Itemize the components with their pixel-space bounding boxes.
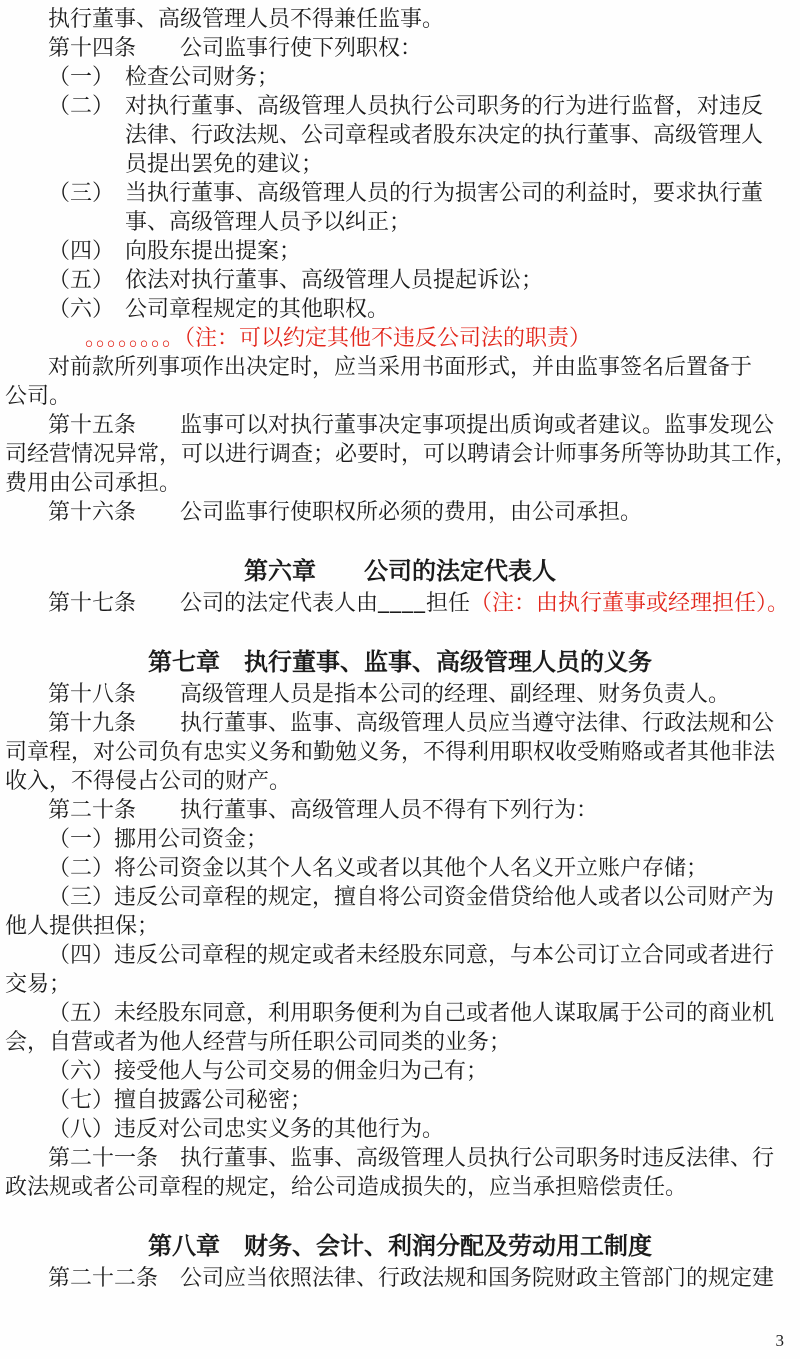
line-text: 收入，不得侵占公司的财产。 xyxy=(5,768,291,793)
line-text: （四）违反公司章程的规定或者未经股东同意，与本公司订立合同或者进行 xyxy=(48,942,774,967)
line-text: 第十六条 公司监事行使职权所必须的费用，由公司承担。 xyxy=(48,499,642,524)
line-text: （二）将公司资金以其个人名义或者以其他个人名义开立账户存储； xyxy=(48,855,708,880)
document-line: 第二十条 执行董事、高级管理人员不得有下列行为： xyxy=(5,795,795,824)
line-text: （七）擅自披露公司秘密； xyxy=(48,1087,312,1112)
document-line: 司经营情况异常，可以进行调查；必要时，可以聘请会计师事务所等协助其工作， xyxy=(5,439,795,468)
line-text: （四） 向股东提出提案； xyxy=(48,238,301,263)
document-line: 第十八条 高级管理人员是指本公司的经理、副经理、财务负责人。 xyxy=(5,679,795,708)
line-text: （一） 检查公司财务； xyxy=(48,64,279,89)
chapter-heading: 第八章 财务、会计、利润分配及劳动用工制度 xyxy=(5,1231,795,1263)
document-line: 员提出罢免的建议； xyxy=(5,149,795,178)
document-line: 第二十二条 公司应当依照法律、行政法规和国务院财政主管部门的规定建 xyxy=(5,1263,795,1292)
document-line: （三）违反公司章程的规定，擅自将公司资金借贷给他人或者以公司财产为 xyxy=(5,882,795,911)
line-text: 第八章 财务、会计、利润分配及劳动用工制度 xyxy=(148,1234,652,1260)
document-line: 执行董事、高级管理人员不得兼任监事。 xyxy=(5,4,795,33)
document-line: 会，自营或者为他人经营与所任职公司同类的业务； xyxy=(5,1027,795,1056)
line-text: 司经营情况异常，可以进行调查；必要时，可以聘请会计师事务所等协助其工作， xyxy=(5,441,797,466)
line-text: 司章程，对公司负有忠实义务和勤勉义务，不得利用职权收受贿赂或者其他非法 xyxy=(5,739,775,764)
document-line: （八）违反对公司忠实义务的其他行为。 xyxy=(5,1114,795,1143)
line-text: 交易； xyxy=(5,971,71,996)
document-body: 执行董事、高级管理人员不得兼任监事。第十四条 公司监事行使下列职权：（一） 检查… xyxy=(0,0,800,1292)
annotation-text: （注：由执行董事或经理担任）。 xyxy=(470,590,789,615)
line-text: 担任 xyxy=(426,590,470,615)
document-line: （五）未经股东同意，利用职务便利为自己或者他人谋取属于公司的商业机 xyxy=(5,998,795,1027)
line-text: （二） 对执行董事、高级管理人员执行公司职务的行为进行监督，对违反 xyxy=(48,93,763,118)
line-text: 他人提供担保； xyxy=(5,913,159,938)
line-text: 法律、行政法规、公司章程或者股东决定的执行董事、高级管理人 xyxy=(125,122,763,147)
line-text: 第十七条 公司的法定代表人由 xyxy=(48,590,378,615)
line-text: （三） 当执行董事、高级管理人员的行为损害公司的利益时，要求执行董 xyxy=(48,180,763,205)
line-text: 第二十一条 执行董事、监事、高级管理人员执行公司职务时违反法律、行 xyxy=(48,1145,774,1170)
document-line: 费用由公司承担。 xyxy=(5,468,795,497)
line-text: （五） 依法对执行董事、高级管理人员提起诉讼； xyxy=(48,267,543,292)
line-text: 第二十条 执行董事、高级管理人员不得有下列行为： xyxy=(48,797,598,822)
line-text: 第十四条 公司监事行使下列职权： xyxy=(48,35,422,60)
line-text: （八）违反对公司忠实义务的其他行为。 xyxy=(48,1116,444,1141)
document-line: （二）将公司资金以其个人名义或者以其他个人名义开立账户存储； xyxy=(5,853,795,882)
chapter-heading: 第六章 公司的法定代表人 xyxy=(5,556,795,588)
document-line: 政法规或者公司章程的规定，给公司造成损失的，应当承担赔偿责任。 xyxy=(5,1172,795,1201)
document-line: 第十五条 监事可以对执行董事决定事项提出质询或者建议。监事发现公 xyxy=(5,410,795,439)
line-text: 公司。 xyxy=(5,383,71,408)
line-text: 第七章 执行董事、监事、高级管理人员的义务 xyxy=(148,650,652,676)
document-line: （二） 对执行董事、高级管理人员执行公司职务的行为进行监督，对违反 xyxy=(5,91,795,120)
document-line: 第十六条 公司监事行使职权所必须的费用，由公司承担。 xyxy=(5,497,795,526)
line-text: 第二十二条 公司应当依照法律、行政法规和国务院财政主管部门的规定建 xyxy=(48,1265,774,1290)
line-text: 事、高级管理人员予以纠正； xyxy=(125,209,411,234)
annotation-line: 。。。。。。。。（注：可以约定其他不违反公司法的职责） xyxy=(5,323,795,352)
document-line: 他人提供担保； xyxy=(5,911,795,940)
document-line: （六） 公司章程规定的其他职权。 xyxy=(5,294,795,323)
document-line: 第十四条 公司监事行使下列职权： xyxy=(5,33,795,62)
line-text: 会，自营或者为他人经营与所任职公司同类的业务； xyxy=(5,1029,511,1054)
line-text: 第十九条 执行董事、监事、高级管理人员应当遵守法律、行政法规和公 xyxy=(48,710,774,735)
line-text: （六） 公司章程规定的其他职权。 xyxy=(48,296,389,321)
document-line: （一） 检查公司财务； xyxy=(5,62,795,91)
document-line: （四） 向股东提出提案； xyxy=(5,236,795,265)
document-line: 第十七条 公司的法定代表人由____担任（注：由执行董事或经理担任）。 xyxy=(5,588,795,617)
document-line: 第二十一条 执行董事、监事、高级管理人员执行公司职务时违反法律、行 xyxy=(5,1143,795,1172)
line-text: 执行董事、高级管理人员不得兼任监事。 xyxy=(48,6,444,31)
line-text: 第六章 公司的法定代表人 xyxy=(244,559,556,585)
chapter-heading: 第七章 执行董事、监事、高级管理人员的义务 xyxy=(5,647,795,679)
document-line: （四）违反公司章程的规定或者未经股东同意，与本公司订立合同或者进行 xyxy=(5,940,795,969)
line-text: 费用由公司承担。 xyxy=(5,470,181,495)
document-line: （七）擅自披露公司秘密； xyxy=(5,1085,795,1114)
line-text: 政法规或者公司章程的规定，给公司造成损失的，应当承担赔偿责任。 xyxy=(5,1174,687,1199)
document-line: （五） 依法对执行董事、高级管理人员提起诉讼； xyxy=(5,265,795,294)
document-line: 司章程，对公司负有忠实义务和勤勉义务，不得利用职权收受贿赂或者其他非法 xyxy=(5,737,795,766)
fill-in-blank: ____ xyxy=(378,590,426,615)
document-line: 收入，不得侵占公司的财产。 xyxy=(5,766,795,795)
document-line: 法律、行政法规、公司章程或者股东决定的执行董事、高级管理人 xyxy=(5,120,795,149)
page-number: 3 xyxy=(776,1331,785,1351)
line-text: （六）接受他人与公司交易的佣金归为己有； xyxy=(48,1058,488,1083)
document-line: （六）接受他人与公司交易的佣金归为己有； xyxy=(5,1056,795,1085)
line-text: （一）挪用公司资金； xyxy=(48,826,268,851)
line-text: （五）未经股东同意，利用职务便利为自己或者他人谋取属于公司的商业机 xyxy=(48,1000,774,1025)
document-line: （三） 当执行董事、高级管理人员的行为损害公司的利益时，要求执行董 xyxy=(5,178,795,207)
document-line: （一）挪用公司资金； xyxy=(5,824,795,853)
line-text: 第十八条 高级管理人员是指本公司的经理、副经理、财务负责人。 xyxy=(48,681,730,706)
line-text: 员提出罢免的建议； xyxy=(125,151,323,176)
document-line: 第十九条 执行董事、监事、高级管理人员应当遵守法律、行政法规和公 xyxy=(5,708,795,737)
document-line: 公司。 xyxy=(5,381,795,410)
annotation-text: 。。。。。。。。（注：可以约定其他不违反公司法的职责） xyxy=(85,325,591,350)
document-line: 对前款所列事项作出决定时，应当采用书面形式，并由监事签名后置备于 xyxy=(5,352,795,381)
document-line: 交易； xyxy=(5,969,795,998)
line-text: （三）违反公司章程的规定，擅自将公司资金借贷给他人或者以公司财产为 xyxy=(48,884,774,909)
line-text: 第十五条 监事可以对执行董事决定事项提出质询或者建议。监事发现公 xyxy=(48,412,774,437)
document-line: 事、高级管理人员予以纠正； xyxy=(5,207,795,236)
line-text: 对前款所列事项作出决定时，应当采用书面形式，并由监事签名后置备于 xyxy=(48,354,752,379)
document-page: 执行董事、高级管理人员不得兼任监事。第十四条 公司监事行使下列职权：（一） 检查… xyxy=(0,0,800,1359)
